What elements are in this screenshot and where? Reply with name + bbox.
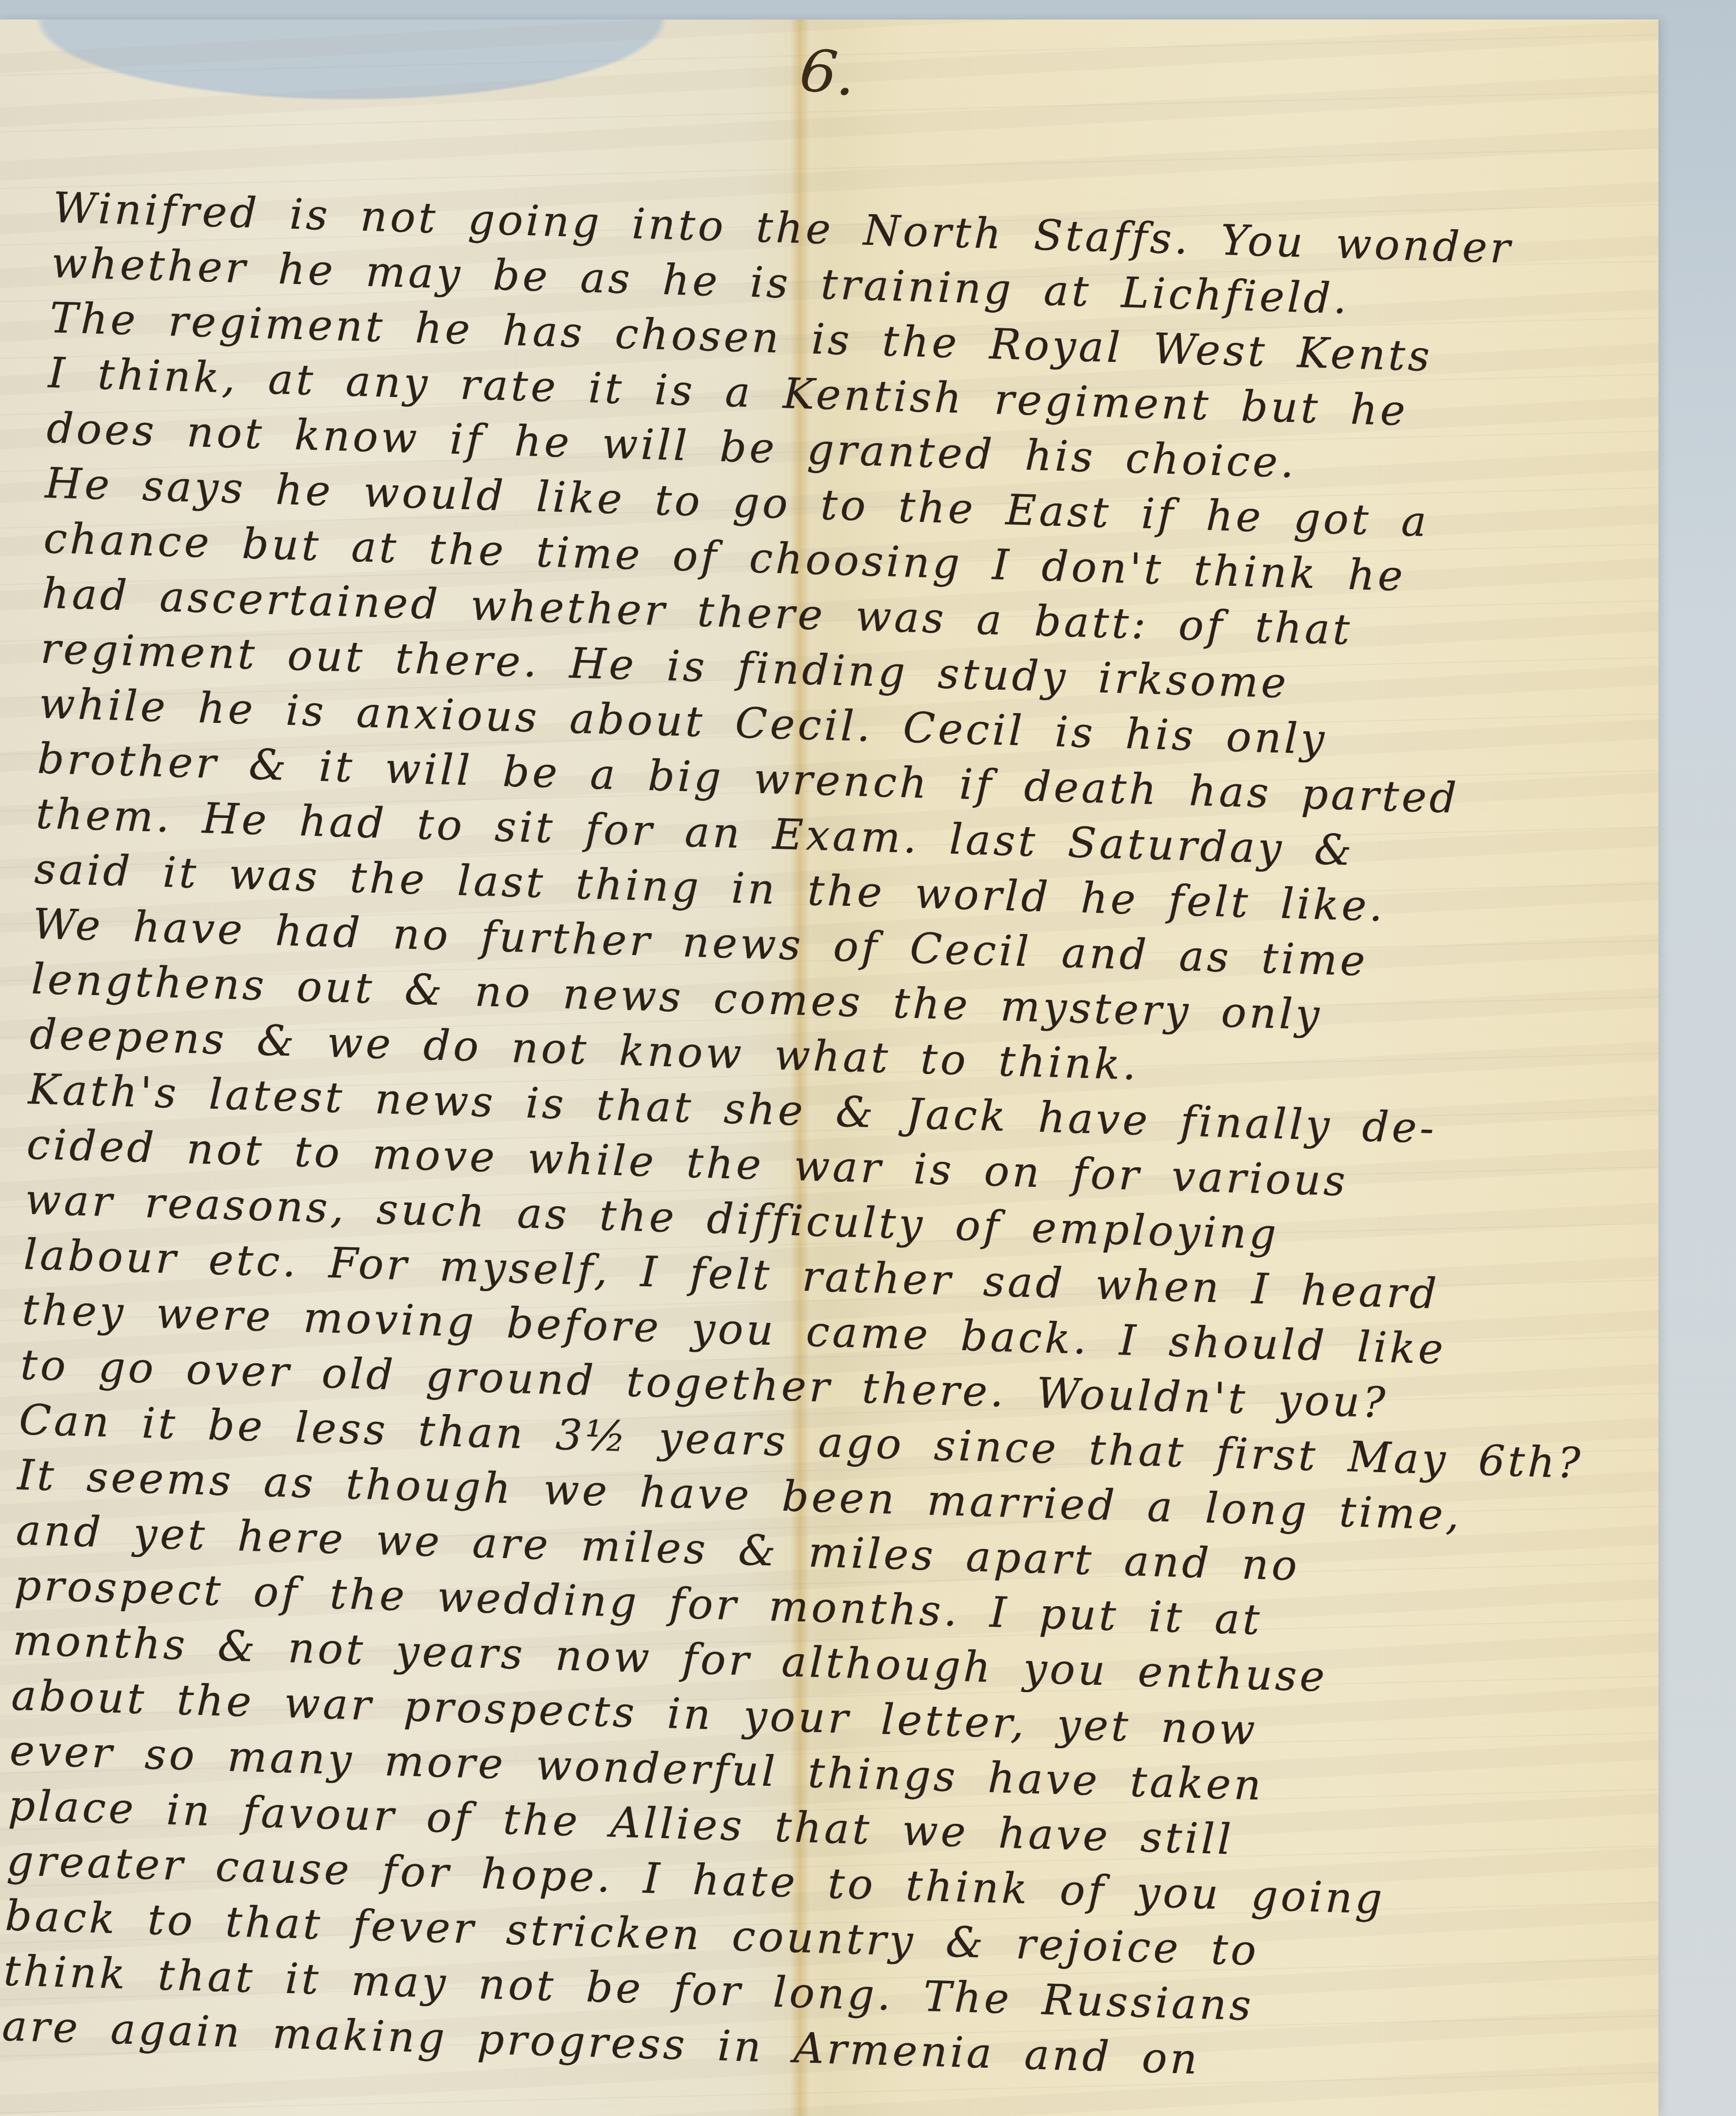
page-number: 6. <box>797 36 859 109</box>
letter-page: 6. Winifred is not going into the North … <box>0 20 1658 2116</box>
letter-body: Winifred is not going into the North Sta… <box>1 180 1614 2097</box>
